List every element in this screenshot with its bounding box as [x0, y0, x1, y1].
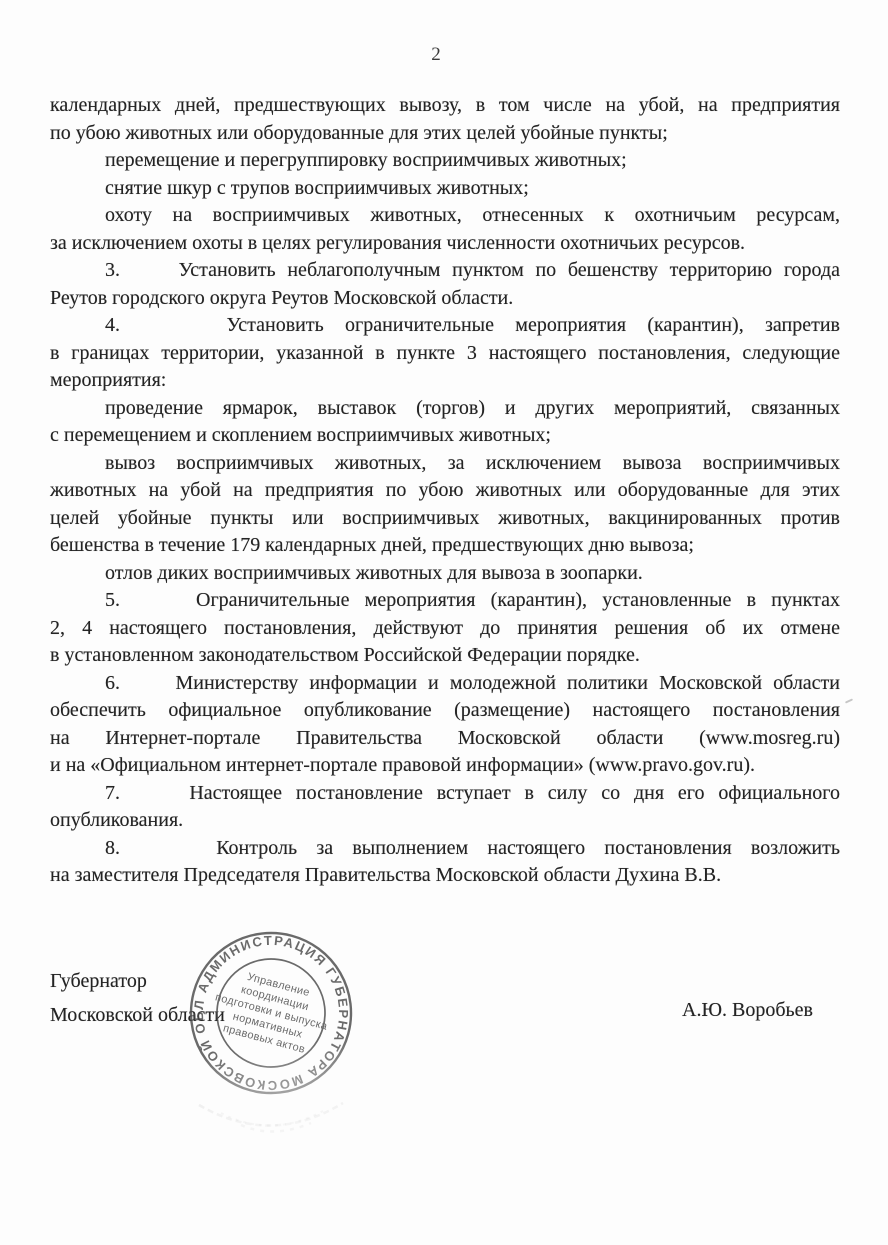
text-line: опубликования. [50, 807, 840, 835]
text-line: с перемещением и скоплением восприимчивы… [50, 422, 840, 450]
text-line: 8. Контроль за выполнением настоящего по… [50, 835, 840, 863]
text-line: бешенства в течение 179 календарных дней… [50, 532, 840, 560]
text-line: проведение ярмарок, выставок (торгов) и … [50, 395, 840, 423]
text-line: перемещение и перегруппировку восприимчи… [50, 147, 840, 175]
text-line: Реутов городского округа Реутов Московск… [50, 285, 840, 313]
official-stamp: АДМИНИСТРАЦИЯ ГУБЕРНАТОРА МОСКОВСКОЙ ОБЛ… [121, 863, 421, 1163]
text-line: животных на убой на предприятия по убою … [50, 477, 840, 505]
text-line: снятие шкур с трупов восприимчивых живот… [50, 175, 840, 203]
text-line: 3. Установить неблагополучным пунктом по… [50, 257, 840, 285]
text-line: вывоз восприимчивых животных, за исключе… [50, 450, 840, 478]
text-line: календарных дней, предшествующих вывозу,… [50, 92, 840, 120]
text-line: на Интернет-портале Правительства Москов… [50, 725, 840, 753]
text-line: целей убойные пункты или восприимчивых ж… [50, 505, 840, 533]
stamp-echo-smudge [199, 1103, 343, 1132]
document-body: календарных дней, предшествующих вывозу,… [50, 92, 840, 890]
scan-speck [845, 698, 853, 703]
text-line: 5. Ограничительные мероприятия (карантин… [50, 587, 840, 615]
text-line: 4. Установить ограничительные мероприяти… [50, 312, 840, 340]
text-line: охоту на восприимчивых животных, отнесен… [50, 202, 840, 230]
text-line: отлов диких восприимчивых животных для в… [50, 560, 840, 588]
text-line: обеспечить официальное опубликование (ра… [50, 697, 840, 725]
signatory-name: А.Ю. Воробьев [682, 999, 813, 1022]
text-line: и на «Официальном интернет-портале право… [50, 752, 840, 780]
text-line: 6. Министерству информации и молодежной … [50, 670, 840, 698]
text-line: за исключением охоты в целях регулирован… [50, 230, 840, 258]
text-line: в границах территории, указанной в пункт… [50, 340, 840, 368]
text-line: 7. Настоящее постановление вступает в си… [50, 780, 840, 808]
text-line: по убою животных или оборудованные для э… [50, 120, 840, 148]
text-line: 2, 4 настоящего постановления, действуют… [50, 615, 840, 643]
text-line: в установленном законодательством Россий… [50, 642, 840, 670]
page-number: 2 [0, 44, 872, 66]
document-page: 2 календарных дней, предшествующих вывоз… [0, 0, 888, 1245]
text-line: мероприятия: [50, 367, 840, 395]
